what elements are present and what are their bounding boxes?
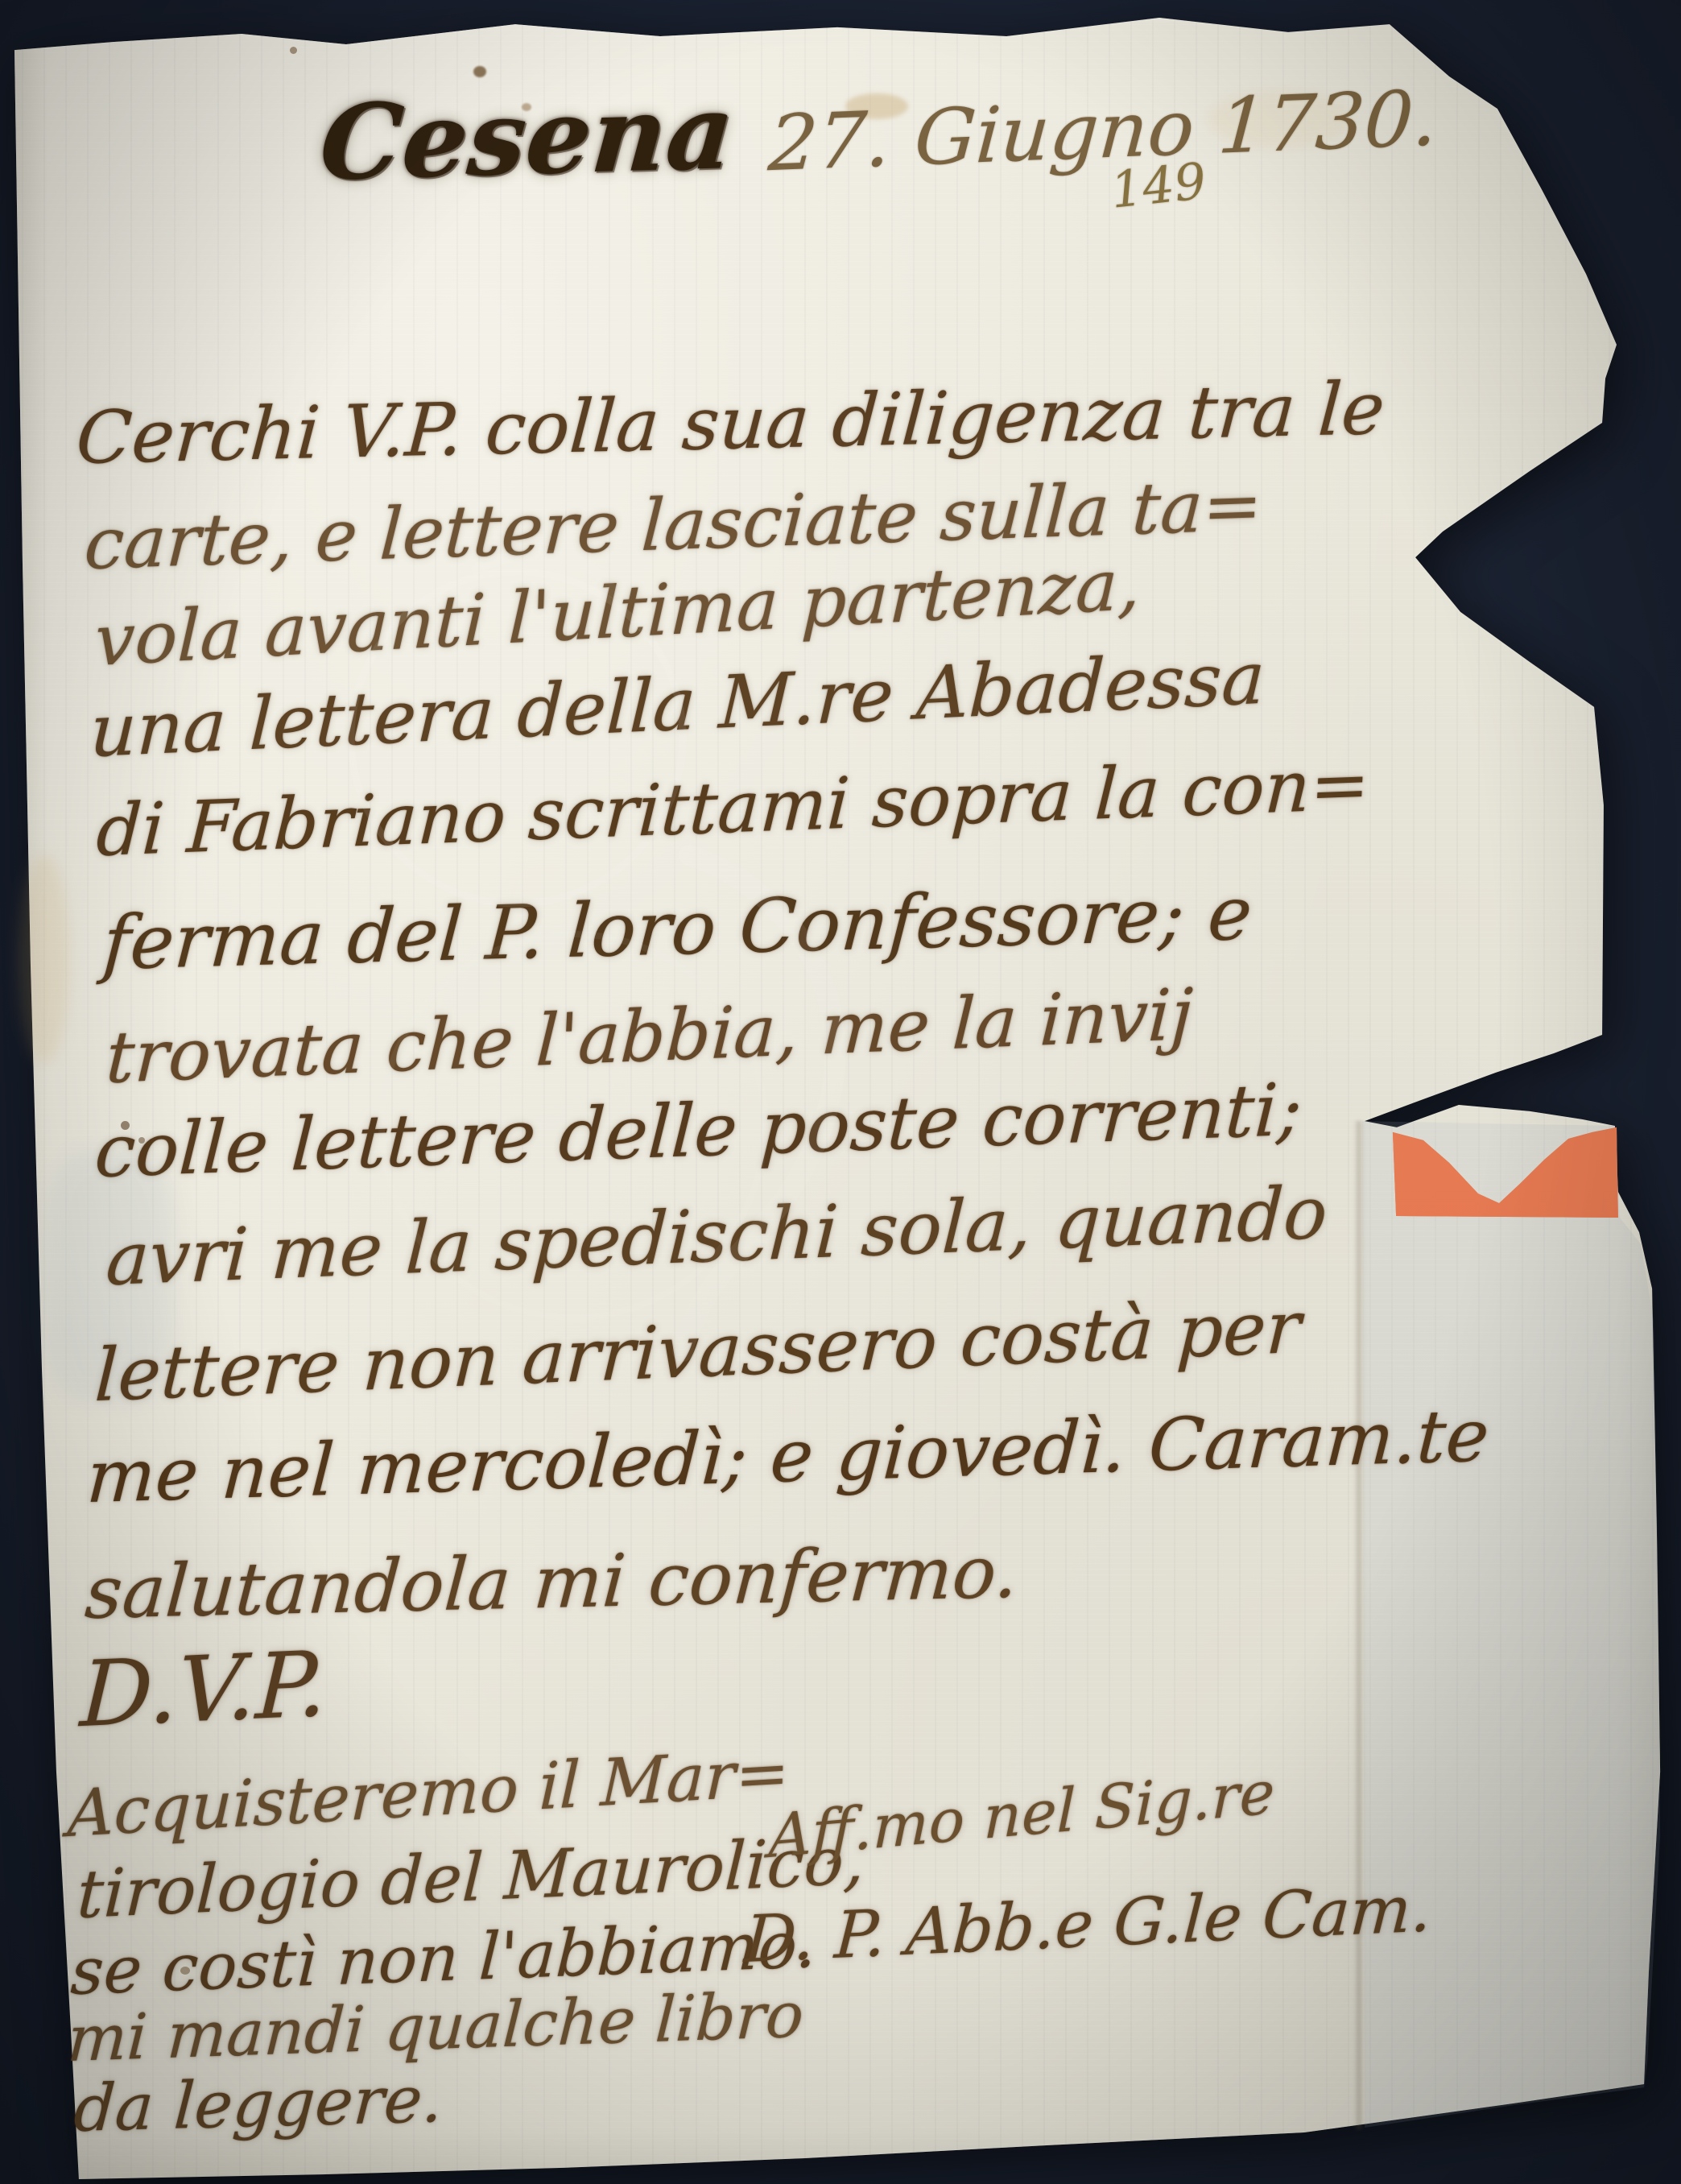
closing-block: Aff.mo nel Sig.reD. P. Abb.e G.le Cam. — [0, 0, 1681, 2184]
closing-line: Aff.mo nel Sig.re — [768, 1758, 1275, 1872]
closing-line: D. P. Abb.e G.le Cam. — [742, 1871, 1434, 1977]
manuscript-text: Cesena 27. Giugno 1730. 149 Cerchi V.P. … — [0, 0, 1681, 2184]
photo-backdrop: Cesena 27. Giugno 1730. 149 Cerchi V.P. … — [0, 0, 1681, 2184]
folio-number: 149 — [1108, 151, 1208, 220]
